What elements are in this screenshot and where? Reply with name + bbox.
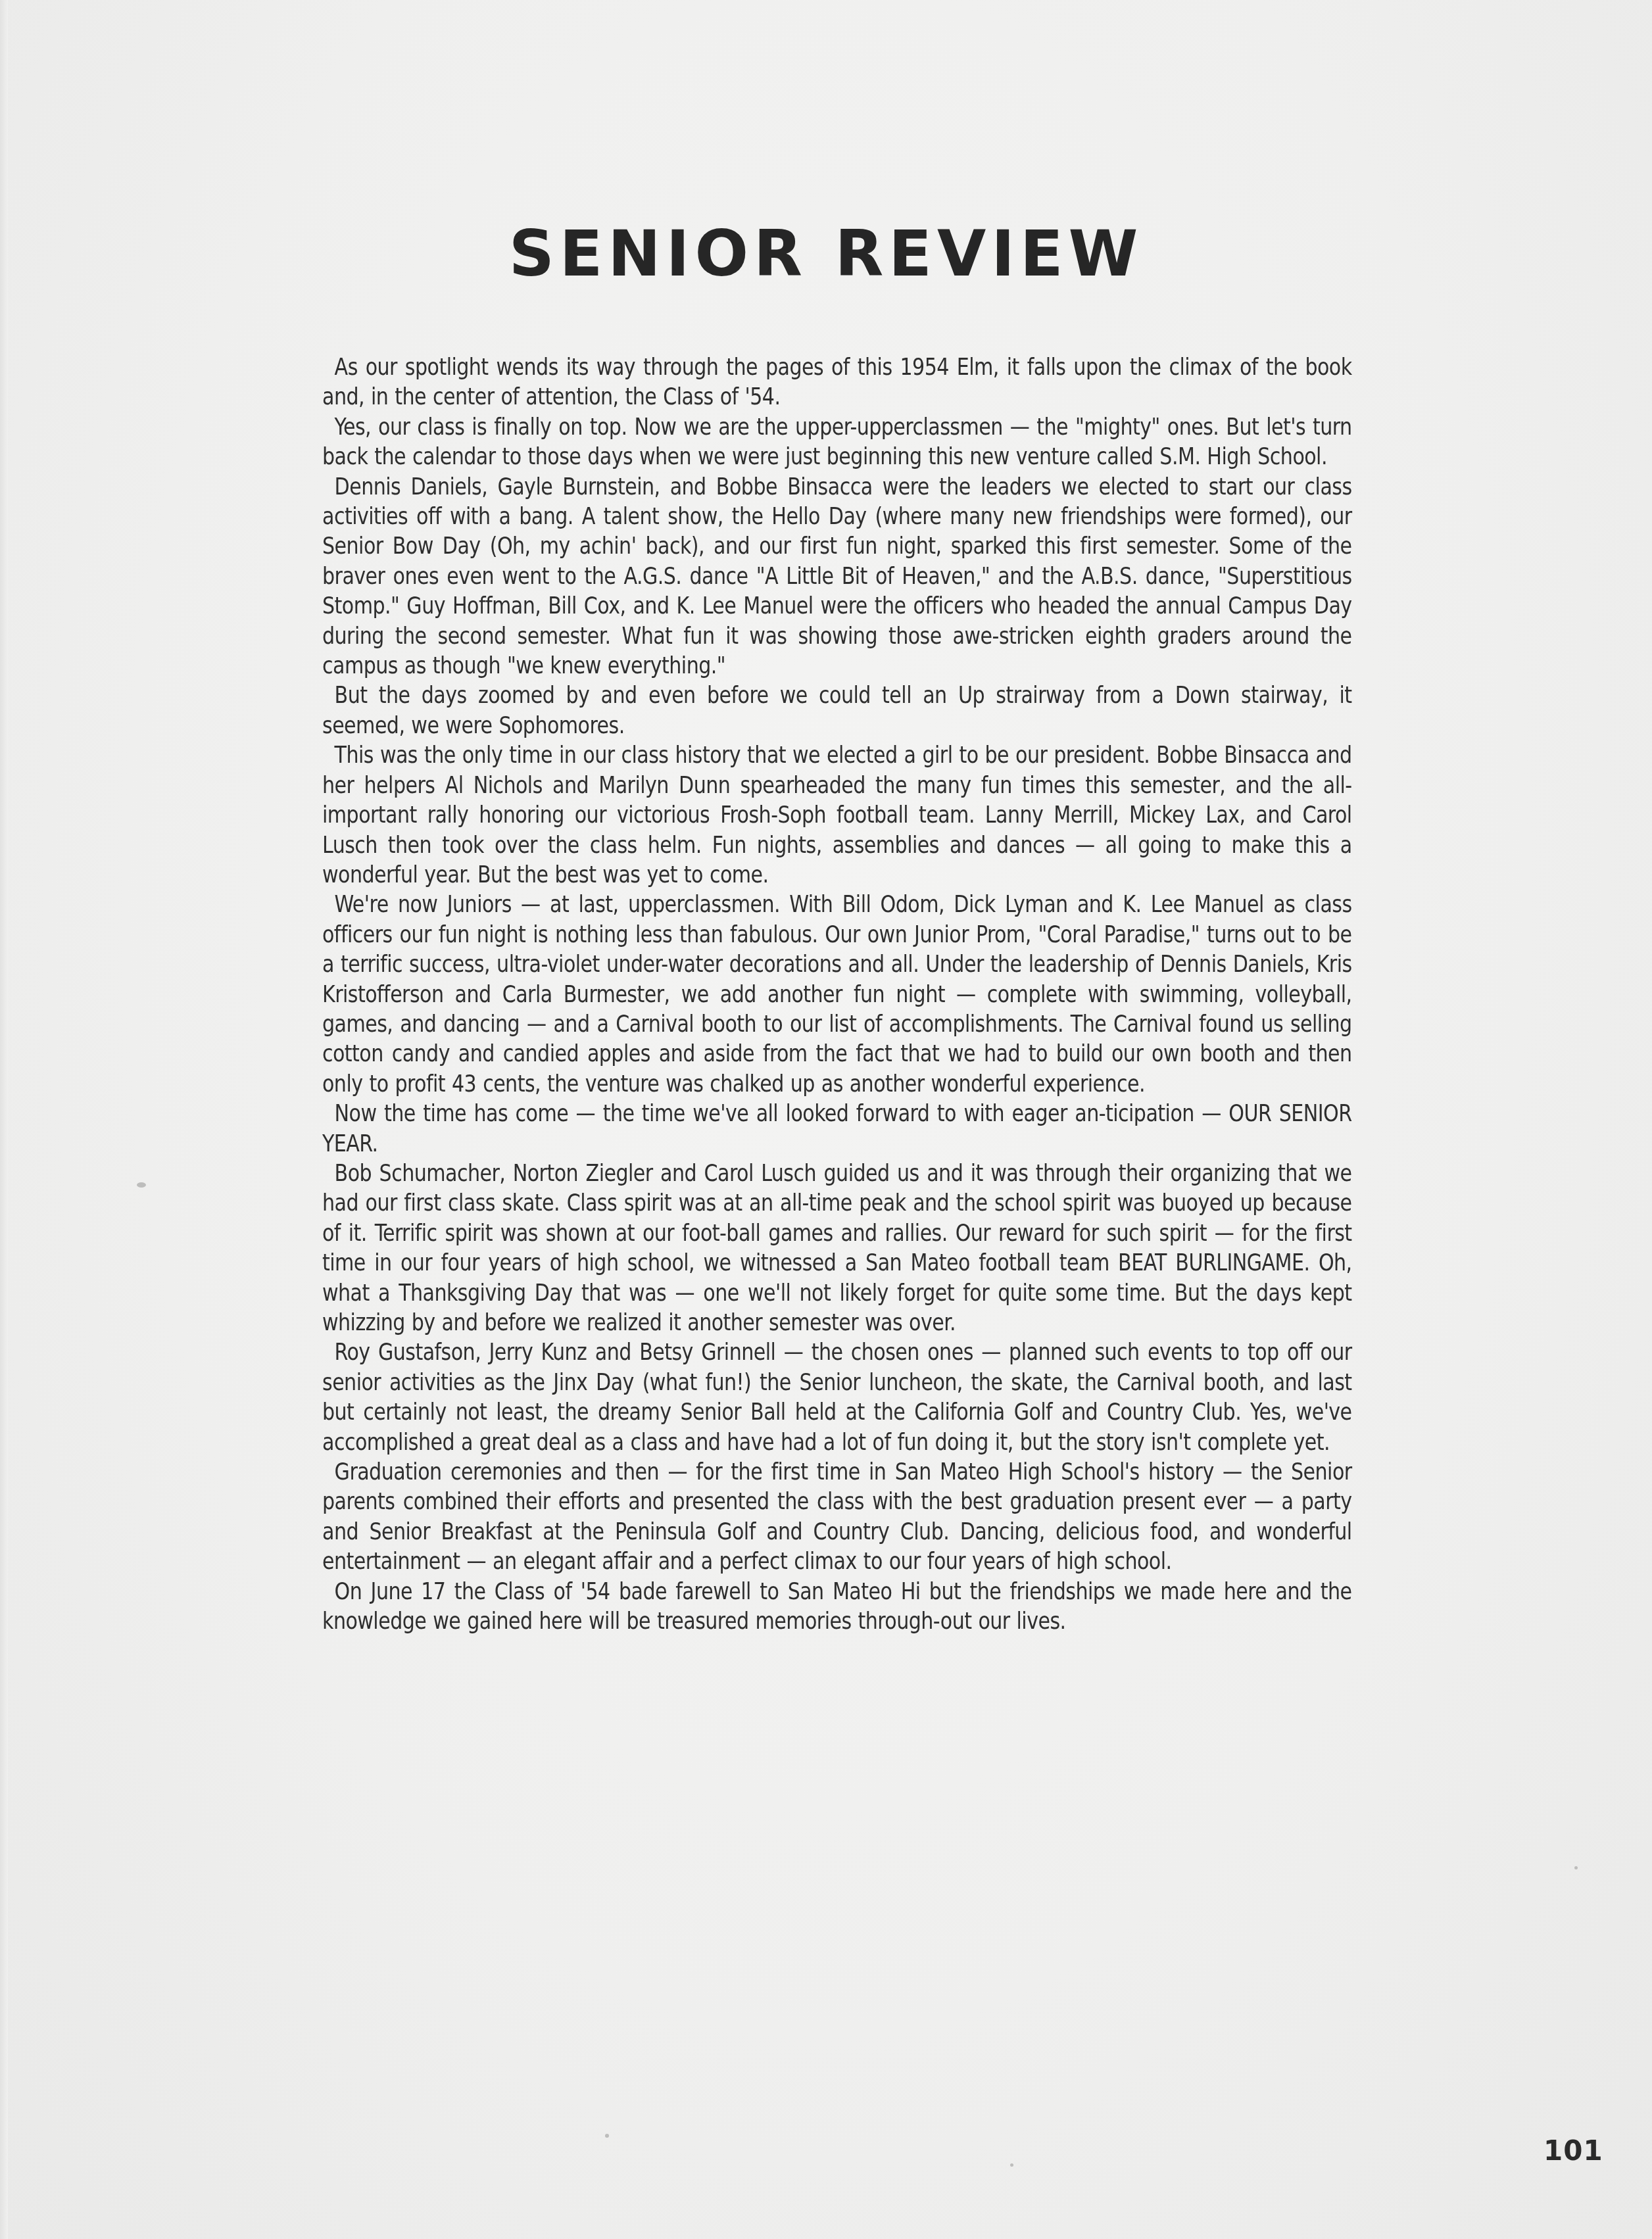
paper-speck <box>137 1182 146 1188</box>
paper-speck <box>605 2134 609 2138</box>
page-title: SENIOR REVIEW <box>0 217 1652 291</box>
paragraph-senior-fall: Bob Schumacher, Norton Ziegler and Carol… <box>322 1159 1352 1337</box>
paper-speck <box>1010 2163 1013 2167</box>
paragraph-farewell: On June 17 the Class of '54 bade farewel… <box>322 1577 1352 1637</box>
paragraph-senior-year-intro: Now the time has come — the time we've a… <box>322 1099 1352 1159</box>
paragraph-junior-year: We're now Juniors — at last, upperclassm… <box>322 890 1352 1099</box>
page-binding-edge <box>0 0 8 2239</box>
paragraph-graduation: Graduation ceremonies and then — for the… <box>322 1457 1352 1577</box>
paper-speck <box>1574 1866 1578 1869</box>
article-body: As our spotlight wends its way through t… <box>322 352 1352 1636</box>
paragraph-intro: As our spotlight wends its way through t… <box>322 352 1352 412</box>
paragraph-on-top: Yes, our class is finally on top. Now we… <box>322 412 1352 472</box>
paragraph-sophomores: But the days zoomed by and even before w… <box>322 681 1352 740</box>
paragraph-freshman-year: Dennis Daniels, Gayle Burnstein, and Bob… <box>322 472 1352 681</box>
paragraph-senior-spring: Roy Gustafson, Jerry Kunz and Betsy Grin… <box>322 1337 1352 1457</box>
yearbook-page: SENIOR REVIEW As our spotlight wends its… <box>0 0 1652 2239</box>
page-number: 101 <box>1543 2134 1603 2167</box>
paragraph-sophomore-year: This was the only time in our class hist… <box>322 740 1352 890</box>
